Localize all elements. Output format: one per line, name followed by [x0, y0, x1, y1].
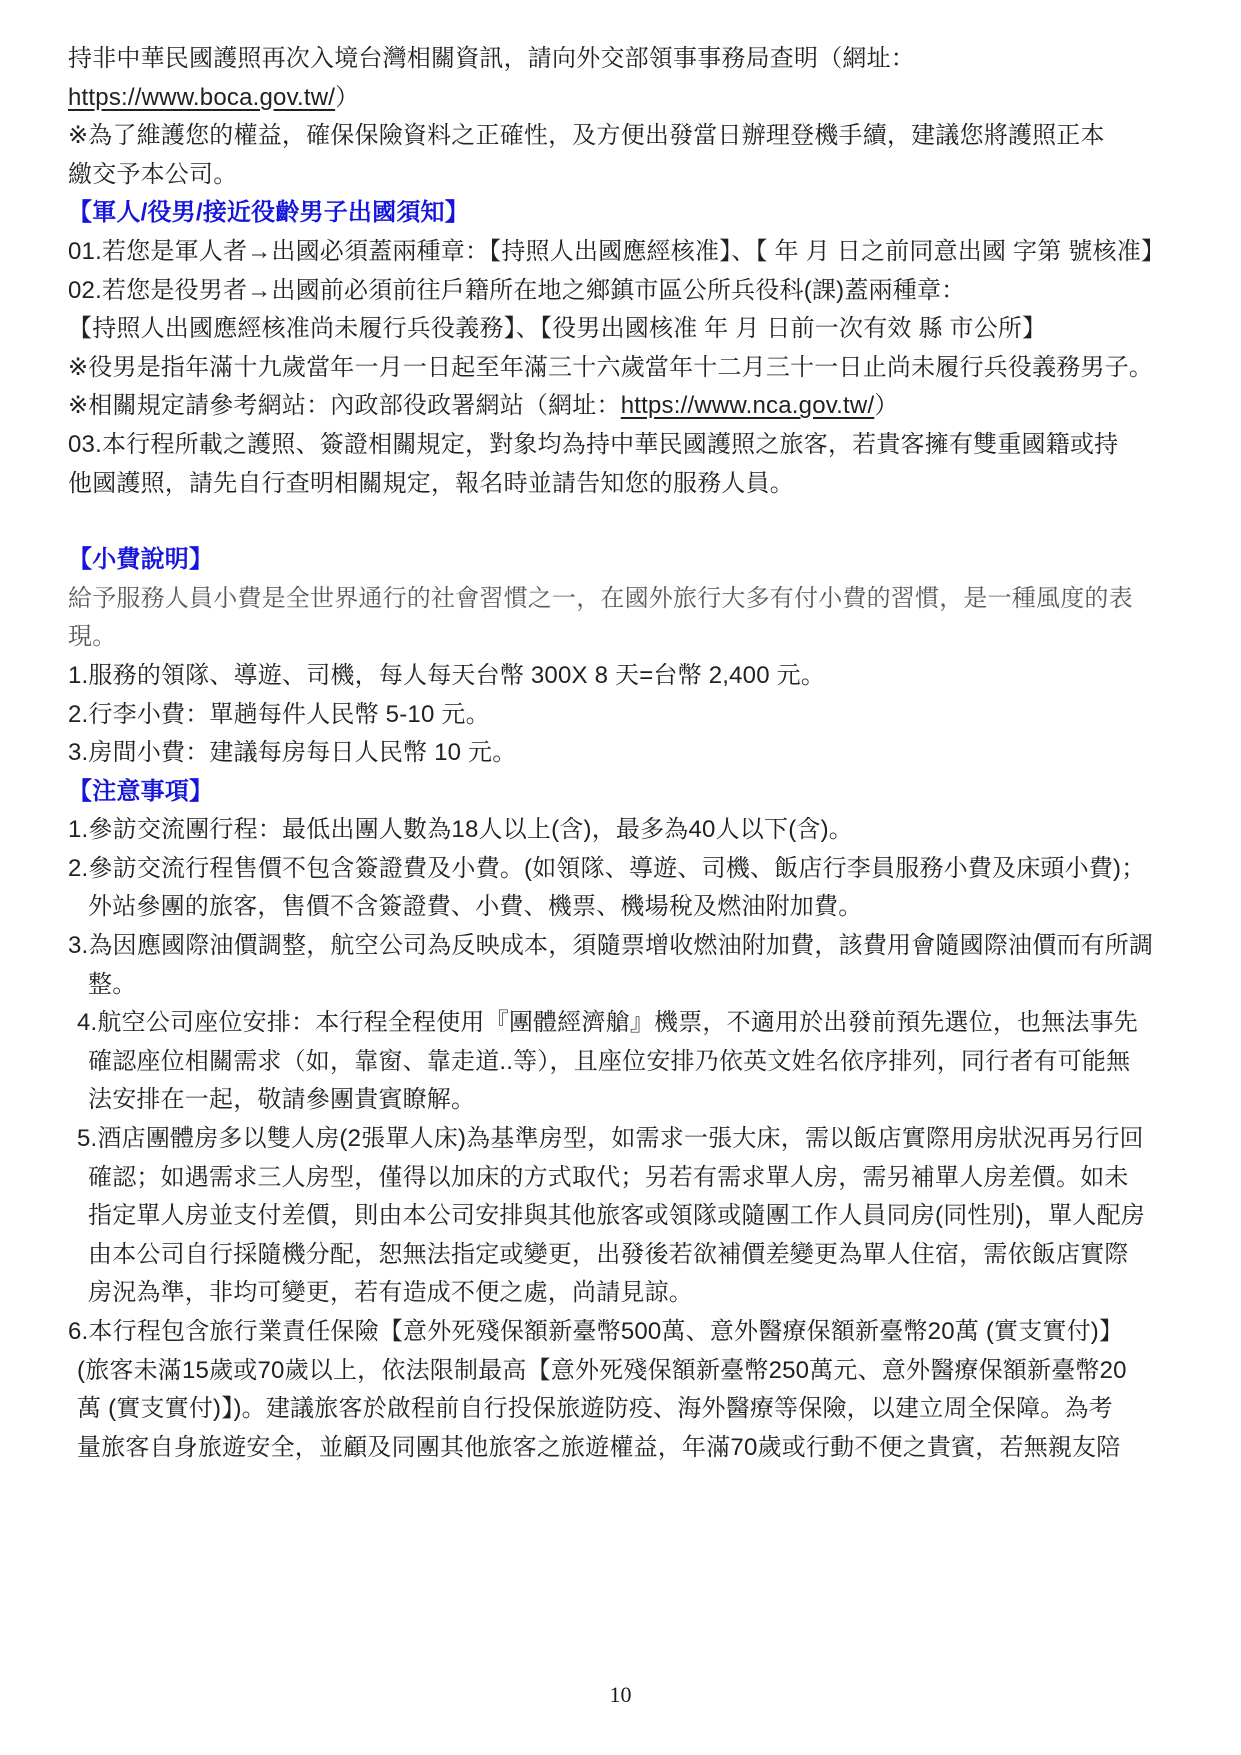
text-span: 給予服務人員小費是全世界通行的社會習慣之一，在國外旅行大多有付小費的習慣，是一種…: [68, 585, 1133, 612]
page-number: 10: [0, 1682, 1241, 1708]
text-line: ※役男是指年滿十九歲當年一月一日起至年滿三十六歲當年十二月三十一日止尚未履行兵役…: [68, 349, 1181, 388]
text-span: 2.參訪交流行程售價不包含簽證費及小費。(如領隊、導遊、司機、飯店行李員服務小費…: [68, 855, 1145, 882]
text-span: 4.航空公司座位安排：本行程全程使用『團體經濟艙』機票，不適用於出發前預先選位，…: [77, 1009, 1138, 1036]
text-span: 02.若您是役男者→出國前必須前往戶籍所在地之鄉鎮市區公所兵役科(課)蓋兩種章：: [68, 277, 965, 304]
text-line: 整。: [68, 966, 1181, 1005]
text-span: 1.服務的領隊、導遊、司機，每人每天台幣 300X 8 天=台幣 2,400 元…: [68, 662, 825, 689]
text-span: 確認座位相關需求（如，靠窗、靠走道..等），且座位安排乃依英文姓名依序排列，同行…: [88, 1048, 1130, 1075]
text-line: 1.參訪交流團行程：最低出團人數為18人以上(含)，最多為40人以下(含)。: [68, 811, 1181, 850]
text-span: 由本公司自行採隨機分配，恕無法指定或變更，出發後若欲補價差變更為單人住宿，需依飯…: [88, 1241, 1129, 1268]
text-line: 指定單人房並支付差價，則由本公司安排與其他旅客或領隊或隨團工作人員同房(同性別)…: [68, 1197, 1181, 1236]
text-line: 1.服務的領隊、導遊、司機，每人每天台幣 300X 8 天=台幣 2,400 元…: [68, 657, 1181, 696]
text-line: 確認；如遇需求三人房型，僅得以加床的方式取代；另若有需求單人房，需另補單人房差價…: [68, 1159, 1181, 1198]
text-span: 【注意事項】: [68, 778, 213, 805]
text-line: 房況為準，非均可變更，若有造成不便之處，尚請見諒。: [68, 1274, 1181, 1313]
text-line: 2.行李小費：單趟每件人民幣 5-10 元。: [68, 696, 1181, 735]
text-line: https://www.boca.gov.tw/）: [68, 79, 1181, 118]
text-span: 3.為因應國際油價調整，航空公司為反映成本，須隨票增收燃油附加費，該費用會隨國際…: [68, 932, 1153, 959]
section-heading: 【軍人/役男/接近役齡男子出國須知】: [68, 194, 1181, 233]
text-span: (旅客未滿15歲或70歲以上，依法限制最高【意外死殘保額新臺幣250萬元、意外醫…: [77, 1357, 1127, 1384]
text-span: 持非中華民國護照再次入境台灣相關資訊，請向外交部領事事務局查明（網址：: [68, 45, 915, 72]
text-span: 確認；如遇需求三人房型，僅得以加床的方式取代；另若有需求單人房，需另補單人房差價…: [88, 1164, 1129, 1191]
text-span: 3.房間小費：建議每房每日人民幣 10 元。: [68, 739, 516, 766]
text-span: 法安排在一起，敬請參團貴賓瞭解。: [88, 1086, 475, 1113]
text-span: 現。: [68, 623, 116, 650]
text-line: 02.若您是役男者→出國前必須前往戶籍所在地之鄉鎮市區公所兵役科(課)蓋兩種章：: [68, 272, 1181, 311]
text-span: 外站參團的旅客，售價不含簽證費、小費、機票、機場稅及燃油附加費。: [88, 893, 862, 920]
text-line: 3.房間小費：建議每房每日人民幣 10 元。: [68, 734, 1181, 773]
text-line: 由本公司自行採隨機分配，恕無法指定或變更，出發後若欲補價差變更為單人住宿，需依飯…: [68, 1236, 1181, 1275]
text-line: 3.為因應國際油價調整，航空公司為反映成本，須隨票增收燃油附加費，該費用會隨國際…: [68, 927, 1181, 966]
text-line: 確認座位相關需求（如，靠窗、靠走道..等），且座位安排乃依英文姓名依序排列，同行…: [68, 1043, 1181, 1082]
text-line: 01.若您是軍人者→出國必須蓋兩種章：【持照人出國應經核准】、【 年 月 日之前…: [68, 233, 1181, 272]
text-line: 繳交予本公司。: [68, 156, 1181, 195]
section-heading: 【小費說明】: [68, 541, 1181, 580]
text-line: ※為了維護您的權益，確保保險資料之正確性，及方便出發當日辦理登機手續，建議您將護…: [68, 117, 1181, 156]
text-span: 2.行李小費：單趟每件人民幣 5-10 元。: [68, 701, 490, 728]
nca-gov-link[interactable]: https://www.nca.gov.tw/: [621, 392, 875, 419]
text-span: ）: [874, 392, 898, 419]
text-span: 01.若您是軍人者→出國必須蓋兩種章：【持照人出國應經核准】、【 年 月 日之前…: [68, 238, 1165, 265]
text-span: ※相關規定請參考網站：內政部役政署網站（網址：: [68, 392, 621, 419]
text-span: ※役男是指年滿十九歲當年一月一日起至年滿三十六歲當年十二月三十一日止尚未履行兵役…: [68, 354, 1153, 381]
text-span: ）: [335, 84, 359, 111]
text-line: 外站參團的旅客，售價不含簽證費、小費、機票、機場稅及燃油附加費。: [68, 888, 1181, 927]
text-span: 【持照人出國應經核准尚未履行兵役義務】、【役男出國核准 年 月 日前一次有效 縣…: [68, 315, 1046, 342]
text-line: 4.航空公司座位安排：本行程全程使用『團體經濟艙』機票，不適用於出發前預先選位，…: [68, 1004, 1181, 1043]
text-span: 5.酒店團體房多以雙人房(2張單人床)為基準房型，如需求一張大床，需以飯店實際用…: [77, 1125, 1144, 1152]
text-line: 給予服務人員小費是全世界通行的社會習慣之一，在國外旅行大多有付小費的習慣，是一種…: [68, 580, 1181, 619]
text-line: 現。: [68, 618, 1181, 657]
text-line: 法安排在一起，敬請參團貴賓瞭解。: [68, 1081, 1181, 1120]
text-span: 量旅客自身旅遊安全，並顧及同團其他旅客之旅遊權益，年滿70歲或行動不便之貴賓，若…: [77, 1434, 1121, 1461]
text-line: (旅客未滿15歲或70歲以上，依法限制最高【意外死殘保額新臺幣250萬元、意外醫…: [68, 1352, 1181, 1391]
text-span: 1.參訪交流團行程：最低出團人數為18人以上(含)，最多為40人以下(含)。: [68, 816, 853, 843]
text-line: 他國護照，請先自行查明相關規定，報名時並請告知您的服務人員。: [68, 465, 1181, 504]
text-line: 持非中華民國護照再次入境台灣相關資訊，請向外交部領事事務局查明（網址：: [68, 40, 1181, 79]
text-line: 5.酒店團體房多以雙人房(2張單人床)為基準房型，如需求一張大床，需以飯店實際用…: [68, 1120, 1181, 1159]
text-line: ※相關規定請參考網站：內政部役政署網站（網址：https://www.nca.g…: [68, 387, 1181, 426]
text-line: 【持照人出國應經核准尚未履行兵役義務】、【役男出國核准 年 月 日前一次有效 縣…: [68, 310, 1181, 349]
text-line: 萬 (實支實付)】)。建議旅客於啟程前自行投保旅遊防疫、海外醫療等保險，以建立周…: [68, 1390, 1181, 1429]
text-span: 萬 (實支實付)】)。建議旅客於啟程前自行投保旅遊防疫、海外醫療等保險，以建立周…: [77, 1395, 1113, 1422]
section-heading: 【注意事項】: [68, 773, 1181, 812]
text-line: 量旅客自身旅遊安全，並顧及同團其他旅客之旅遊權益，年滿70歲或行動不便之貴賓，若…: [68, 1429, 1181, 1468]
document-page: 持非中華民國護照再次入境台灣相關資訊，請向外交部領事事務局查明（網址：https…: [0, 0, 1241, 1755]
text-span: 繳交予本公司。: [68, 161, 237, 188]
text-line: 6.本行程包含旅行業責任保險【意外死殘保額新臺幣500萬、意外醫療保額新臺幣20…: [68, 1313, 1181, 1352]
text-line: 03.本行程所載之護照、簽證相關規定，對象均為持中華民國護照之旅客，若貴客擁有雙…: [68, 426, 1181, 465]
text-span: 房況為準，非均可變更，若有造成不便之處，尚請見諒。: [88, 1279, 693, 1306]
text-span: 【軍人/役男/接近役齡男子出國須知】: [68, 199, 469, 226]
document-body: 持非中華民國護照再次入境台灣相關資訊，請向外交部領事事務局查明（網址：https…: [68, 40, 1181, 1467]
text-span: 指定單人房並支付差價，則由本公司安排與其他旅客或領隊或隨團工作人員同房(同性別)…: [88, 1202, 1145, 1229]
text-span: ※為了維護您的權益，確保保險資料之正確性，及方便出發當日辦理登機手續，建議您將護…: [68, 122, 1105, 149]
boca-gov-link[interactable]: https://www.boca.gov.tw/: [68, 84, 335, 111]
text-span: 他國護照，請先自行查明相關規定，報名時並請告知您的服務人員。: [68, 470, 794, 497]
text-span: 整。: [88, 971, 136, 998]
text-span: 【小費說明】: [68, 546, 213, 573]
text-span: 03.本行程所載之護照、簽證相關規定，對象均為持中華民國護照之旅客，若貴客擁有雙…: [68, 431, 1118, 458]
text-span: 6.本行程包含旅行業責任保險【意外死殘保額新臺幣500萬、意外醫療保額新臺幣20…: [68, 1318, 1123, 1345]
text-line: 2.參訪交流行程售價不包含簽證費及小費。(如領隊、導遊、司機、飯店行李員服務小費…: [68, 850, 1181, 889]
